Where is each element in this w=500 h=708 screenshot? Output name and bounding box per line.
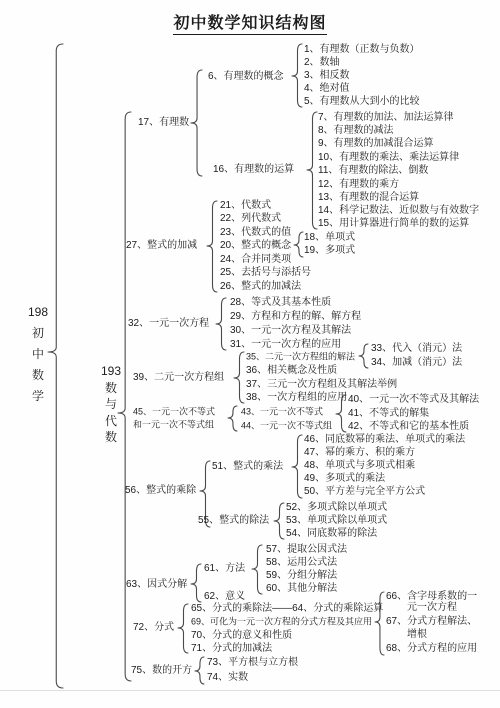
tree-node: 68、分式方程的应用 (386, 644, 477, 654)
brace (294, 232, 303, 257)
brace (207, 201, 217, 292)
tree-node: 72、分式 (133, 623, 174, 633)
tree-node: 62、意义 (204, 592, 245, 602)
tree-node: 21、代数式 (220, 201, 271, 211)
root-label-char: 学 (32, 390, 44, 402)
title-bar: 初中数学知识结构图 (0, 10, 500, 33)
tree-node: 25、去括号与添括号 (220, 268, 311, 278)
tree-node: 19、多项式 (304, 246, 355, 256)
tree-node: 42、不等式和它的基本性质 (348, 422, 469, 432)
tree-node: 5、有理数从大到小的比较 (304, 97, 420, 107)
tree-node: 23、代数式的值 (220, 228, 291, 238)
tree-node: 32、一元一次方程 (128, 319, 209, 329)
tree-node: 51、整式的乘法 (212, 462, 283, 472)
tree-node: 8、有理数的减法 (318, 126, 394, 136)
tree-node: 50、平方差与完全平方公式 (304, 487, 425, 497)
brace (234, 352, 244, 403)
tree-node: 16、有理数的运算 (213, 165, 294, 175)
tree-node: 59、分组分解法 (266, 571, 337, 581)
tree-node: 43、一元一次不等式 (241, 408, 323, 417)
tree-node: 30、一元一次方程及其解法 (230, 326, 351, 336)
tree-node: 和一元一次不等式组 (133, 421, 214, 430)
tree-node: 54、同底数幂的除法 (286, 529, 377, 539)
tree-node: 66、含字母系数的一 (386, 592, 477, 602)
tree-node: 75、数的开方 (131, 666, 192, 676)
tree-node: 46、同底数幂的乘法、单项式的乘法 (304, 435, 465, 445)
root-label-char: 初 (32, 327, 44, 339)
tree-node: 49、多项式的乘法 (304, 474, 385, 484)
brace (375, 592, 384, 655)
tree-node: 1、有理数（正数与负数） (304, 45, 420, 55)
tree-node: 48、单项式与多项式相乘 (304, 461, 415, 471)
tree-node: 20、整式的概念 (220, 241, 291, 251)
tree-node: 71、分式的加减法 (191, 644, 272, 654)
tree-node: 34、加减（消元）法 (371, 358, 462, 368)
tree-node: 22、列代数式 (220, 214, 281, 224)
branch-label-char: 与 (105, 398, 117, 410)
root-label-char: 数 (32, 369, 44, 381)
tree-node: 29、方程和方程的解、解方程 (230, 312, 361, 322)
tree-node: 70、分式的意义和性质 (191, 631, 292, 641)
tree-node: 18、单项式 (304, 233, 355, 243)
tree-node: 2、数轴 (304, 58, 340, 68)
tree-node: 17、有理数 (138, 118, 189, 128)
tree-node: 增根 (407, 630, 427, 640)
tree-node: 40、一元一次不等式及其解法 (348, 395, 479, 405)
branch-label-char: 代 (105, 415, 117, 427)
tree-node: 65、分式的乘除法——64、分式的乘除运算 (191, 604, 383, 614)
tree-node: 55、整式的除法 (198, 516, 269, 526)
tree-node: 37、三元一次方程组及其解法举例 (246, 380, 397, 390)
tree-node: 45、一元一次不等式 (133, 408, 215, 417)
brace (195, 657, 204, 684)
tree-node: 36、相关概念及性质 (246, 366, 337, 376)
brace (178, 604, 188, 653)
page-title: 初中数学知识结构图 (173, 15, 326, 35)
tree-node: 24、合并同类项 (220, 255, 291, 265)
tree-node: 33、代入（消元）法 (371, 344, 462, 354)
tree-node: 39、二元一次方程组 (133, 373, 224, 383)
brace (252, 545, 262, 594)
tree-node: 13、有理数的混合运算 (318, 193, 419, 203)
tree-node: 69、可化为一元一次方程的分式方程及其应用 (191, 618, 372, 627)
branch-label-char: 数 (105, 431, 117, 443)
brace (292, 435, 302, 498)
brace (228, 406, 237, 431)
tree-node: 3、相反数 (304, 71, 350, 81)
tree-node: 44、一元一次不等式组 (241, 422, 332, 431)
tree-node: 10、有理数的乘法、乘法运算律 (318, 153, 459, 163)
tree-node: 53、单项式除以单项式 (286, 516, 387, 526)
tree-node: 15、用计算器进行简单的数的运算 (318, 219, 469, 229)
tree-node: 47、幂的乘方、积的乘方 (304, 448, 415, 458)
tree-node: 61、方法 (204, 564, 245, 574)
brace (216, 298, 226, 350)
brace (292, 44, 302, 107)
branch-label-char: 数 (105, 382, 117, 394)
tree-node: 7、有理数的加法、加法运算律 (318, 113, 454, 123)
tree-node: 14、科学记数法、近似数与有效数字 (318, 206, 479, 216)
brace (118, 112, 131, 681)
tree-node: 38、一次方程组的应用 (246, 393, 347, 403)
brace (307, 112, 317, 229)
brace (48, 44, 63, 688)
brace (274, 503, 284, 539)
tree-node: 58、运用公式法 (266, 558, 337, 568)
tree-node: 6、有理数的概念 (208, 72, 284, 82)
tree-node: 28、等式及其基本性质 (230, 298, 331, 308)
knowledge-map: 初中数学知识结构图 17、有理数6、有理数的概念1、有理数（正数与负数）2、数轴… (0, 0, 500, 708)
tree-node: 35、二元一次方程组的解法 (246, 353, 355, 362)
page-bottom-divider (0, 690, 500, 691)
branch-label-number: 193 (101, 365, 121, 377)
tree-node: 9、有理数的加减混合运算 (318, 139, 434, 149)
tree-node: 60、其他分解法 (266, 584, 337, 594)
root-label-char: 中 (32, 348, 44, 360)
tree-node: 4、绝对值 (304, 84, 350, 94)
tree-node: 67、分式方程解法、 (386, 617, 477, 627)
tree-node: 52、多项式除以单项式 (286, 503, 387, 513)
tree-node: 31、一元一次方程的应用 (230, 340, 341, 350)
brace (191, 70, 202, 176)
tree-node: 41、不等式的解集 (348, 409, 429, 419)
tree-node: 73、平方根与立方根 (207, 658, 298, 668)
tree-node: 11、有理数的除法、倒数 (318, 166, 428, 176)
tree-node: 56、整式的乘除 (125, 486, 196, 496)
tree-node: 74、实数 (207, 673, 248, 683)
tree-node: 57、提取公因式法 (266, 545, 347, 555)
brace (359, 344, 368, 368)
tree-node: 27、整式的加减 (126, 241, 197, 251)
tree-node: 63、因式分解 (126, 580, 187, 590)
tree-node: 26、整式的加减法 (220, 282, 301, 292)
root-label-number: 198 (28, 306, 48, 318)
tree-node: 12、有理数的乘方 (318, 180, 399, 190)
brace (191, 564, 201, 602)
tree-node: 元一次方程 (407, 603, 457, 613)
